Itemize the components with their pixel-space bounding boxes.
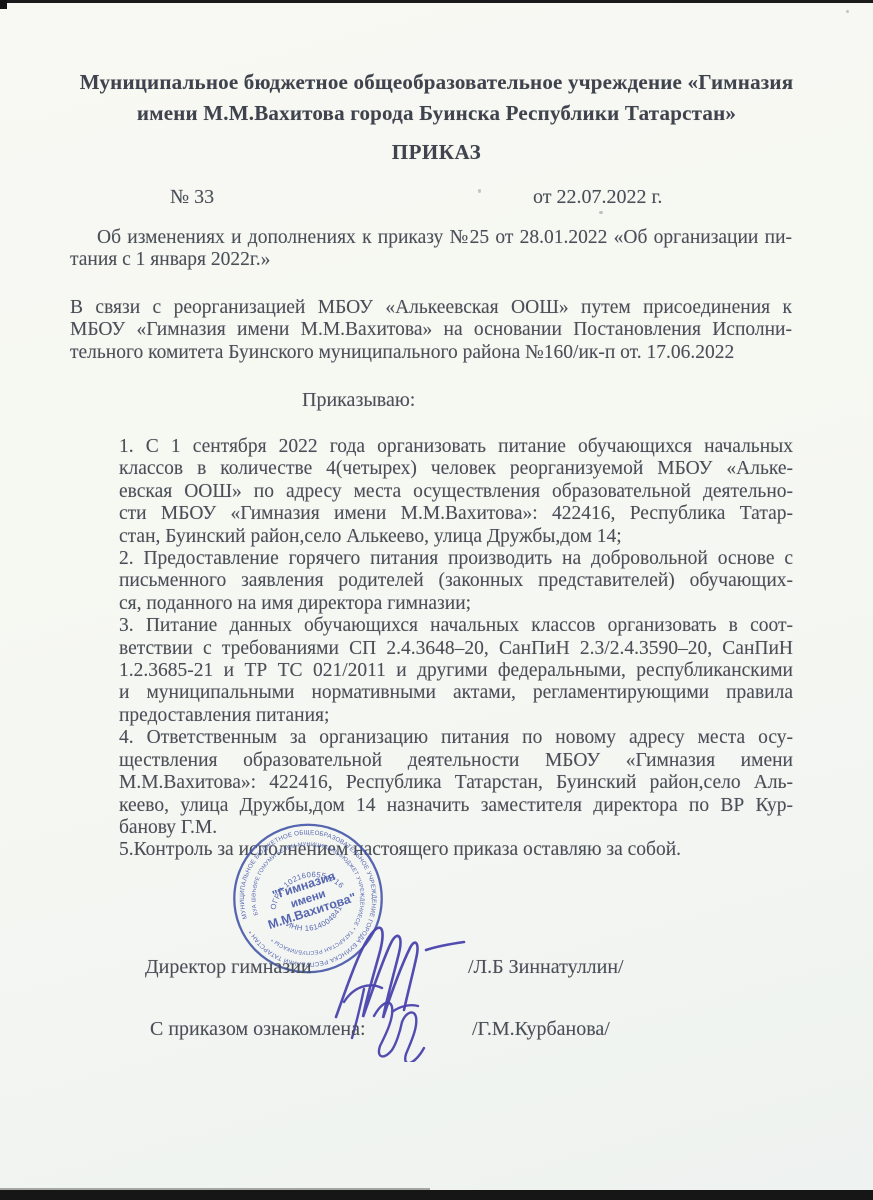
order-items: 1. С 1 сентября 2022 года организовать п… (119, 436, 793, 862)
text-line: евская ООШ» по адресу места осуществлени… (119, 481, 793, 503)
text-line: кеево, улица Дружбы,дом 14 назначить зам… (119, 795, 793, 817)
text-line: В связи с реорганизацией МБОУ «Алькеевск… (70, 297, 792, 319)
preamble-paragraph: В связи с реорганизацией МБОУ «Алькеевск… (70, 297, 792, 364)
text-line: 1.2.3685-21 и ТР ТС 021/2011 и другими ф… (119, 660, 793, 682)
text-line: М.М.Вахитова»: 422416, Республика Татарс… (119, 772, 793, 794)
scanned-order-document: Муниципальное бюджетное общеобразователь… (0, 0, 873, 1200)
org-name-line2: имени М.М.Вахитова города Буинска Респуб… (0, 98, 873, 129)
order-date: от 22.07.2022 г. (533, 186, 662, 209)
text-line: тания с 1 января 2022г.» (70, 249, 792, 271)
text-line: 5.Контроль за исполнением настоящего при… (119, 839, 793, 861)
director-label: Директор гимназии (145, 956, 312, 979)
familiarized-name: /Г.М.Курбанова/ (472, 1018, 610, 1041)
doc-type-heading: ПРИКАЗ (0, 140, 873, 165)
scan-edge-bottom-fade (0, 1188, 430, 1190)
text-line: ществления образовательной деятельности … (119, 750, 793, 772)
scan-edge-bottom (0, 1190, 873, 1200)
text-line: предоставления питания; (119, 705, 793, 727)
director-signature-row: Директор гимназии /Л.Б Зиннатуллин/ (0, 956, 873, 984)
familiarized-label: С приказом ознакомлена: (150, 1018, 366, 1041)
director-name: /Л.Б Зиннатуллин/ (468, 956, 624, 979)
text-line: 2. Предоставление горячего питания произ… (119, 548, 793, 570)
scan-edge-top-corner (0, 0, 7, 9)
number-date-row: № 33 от 22.07.2022 г. (0, 186, 873, 212)
scan-edge-top (0, 0, 873, 3)
text-line: 3. Питание данных обучающихся начальных … (119, 615, 793, 637)
text-line: письменного заявления родителей (законны… (119, 570, 793, 592)
text-line: классов в количестве 4(четырех) человек … (119, 458, 793, 480)
text-line: ветствии с требованиями СП 2.4.3648–20, … (119, 638, 793, 660)
text-line: и муниципальными нормативными актами, ре… (119, 682, 793, 704)
text-line: сти МБОУ «Гимназия имени М.М.Вахитова»: … (119, 503, 793, 525)
text-line: стан, Буинский район,село Алькеево, улиц… (119, 526, 793, 548)
familiarized-signature-row: С приказом ознакомлена: /Г.М.Курбанова/ (0, 1018, 873, 1046)
resolution-word: Приказываю: (302, 389, 415, 412)
text-line: 4. Ответственным за организацию питания … (119, 727, 793, 749)
text-line: ся, поданного на имя директора гимназии; (119, 593, 793, 615)
text-line: 1. С 1 сентября 2022 года организовать п… (119, 436, 793, 458)
org-name: Муниципальное бюджетное общеобразователь… (0, 67, 873, 129)
subject-paragraph: Об изменениях и дополнениях к приказу №2… (70, 227, 792, 272)
text-line: Об изменениях и дополнениях к приказу №2… (70, 227, 792, 249)
scan-speck (846, 10, 849, 13)
order-number: № 33 (170, 186, 214, 209)
text-line: МБОУ «Гимназия имени М.М.Вахитова» на ос… (70, 319, 792, 341)
org-name-line1: Муниципальное бюджетное общеобразователь… (0, 67, 873, 98)
text-line: тельного комитета Буинского муниципально… (70, 342, 792, 364)
text-line: банову Г.М. (119, 817, 793, 839)
